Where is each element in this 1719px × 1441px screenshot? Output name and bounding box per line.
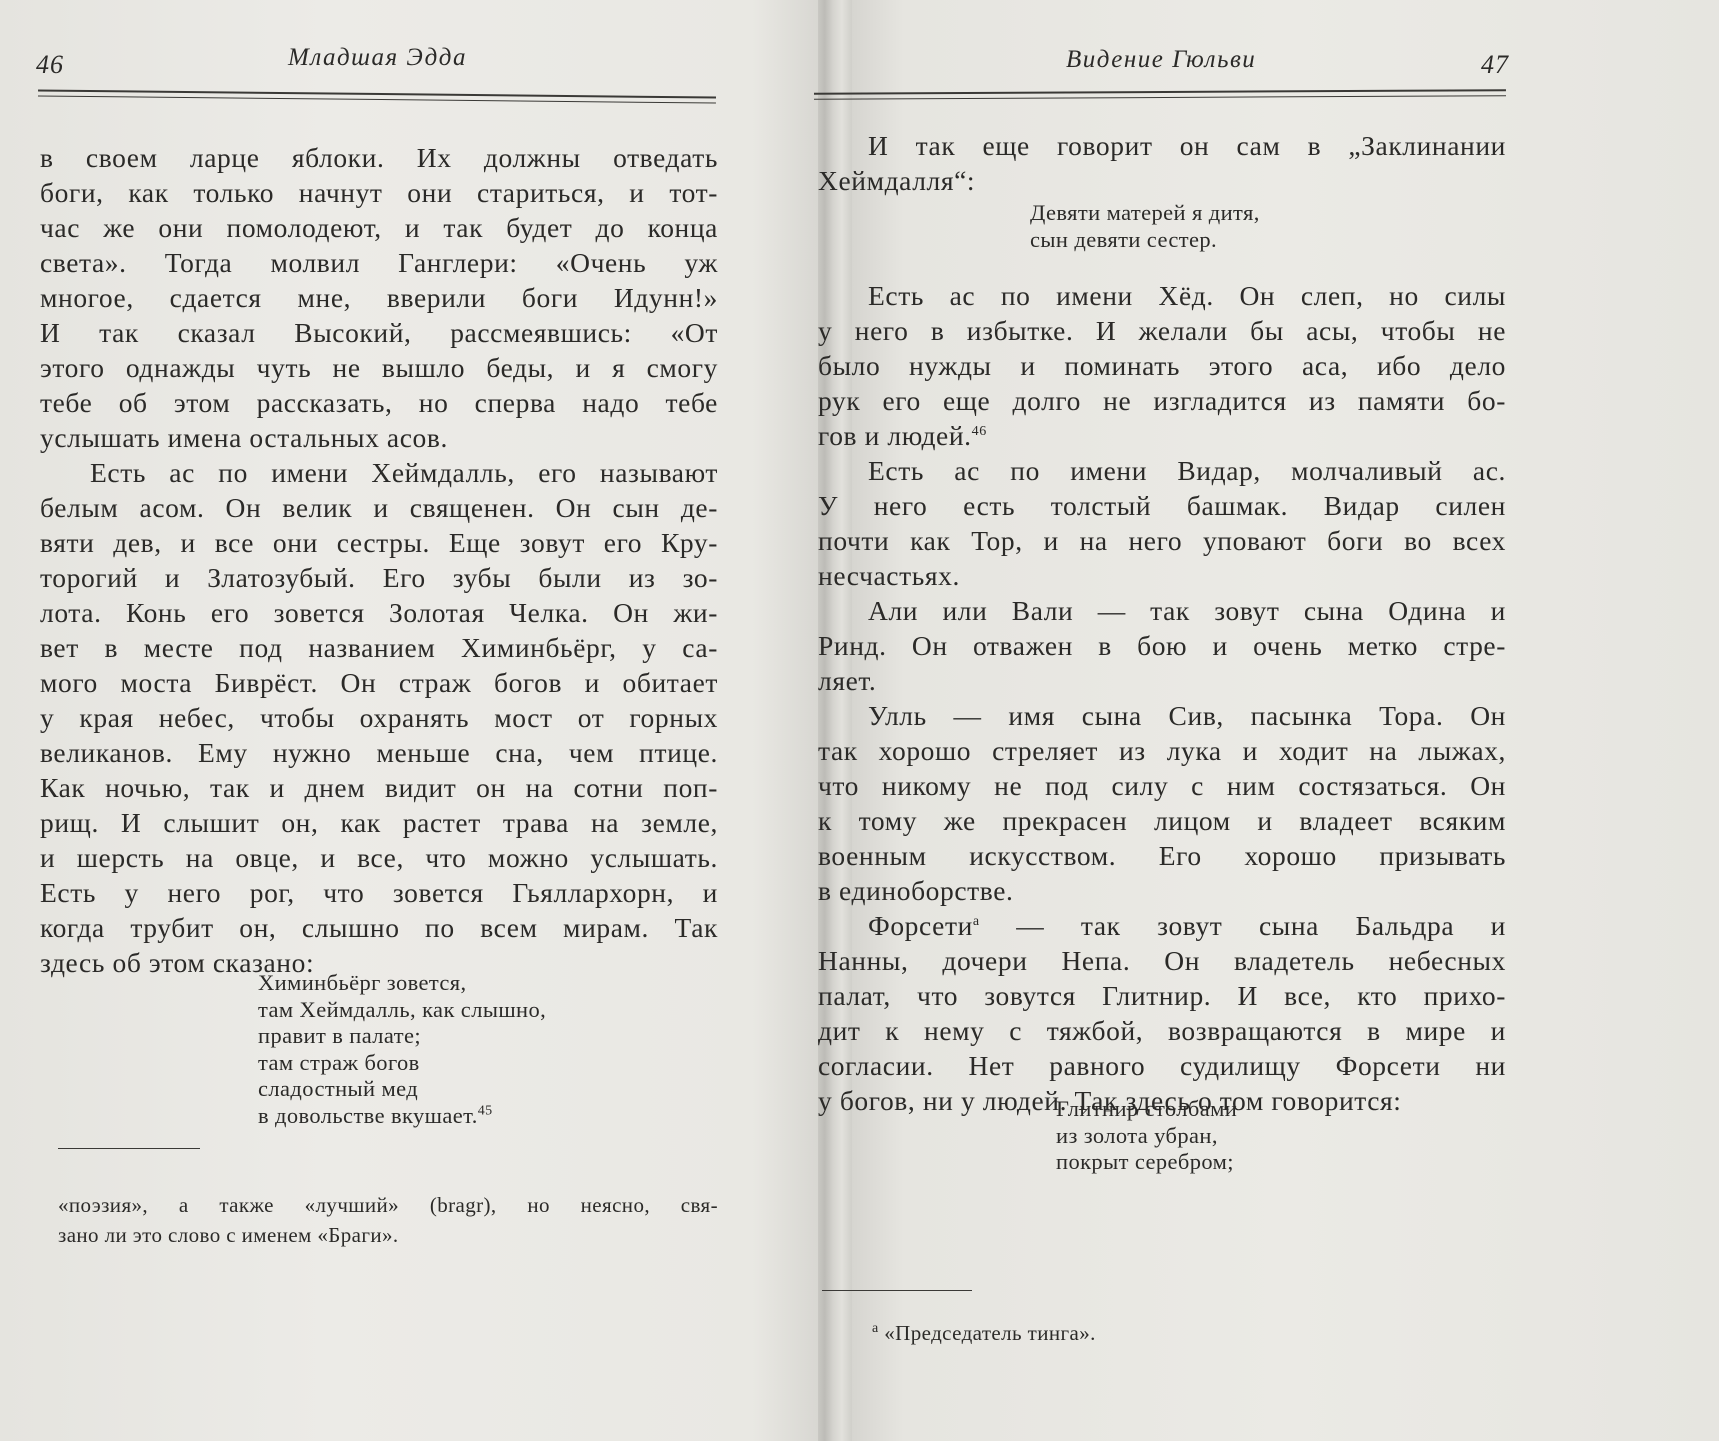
right-running-head: Видение Гюльви 47: [816, 44, 1676, 84]
text-line: так хорошо стреляет из лука и ходит на л…: [818, 733, 1506, 768]
text-line: в единоборстве.: [818, 873, 1506, 908]
verse-nine-mothers: Девяти матерей я дитя, сын девяти сестер…: [1030, 200, 1260, 253]
footnote-rule-left: [58, 1148, 200, 1149]
text-line: Есть ас по имени Видар, молчаливый ас.: [818, 453, 1506, 488]
text-line: и шерсть на овце, и все, что можно услыш…: [40, 840, 718, 875]
text-line: мого моста Биврёст. Он страж богов и оби…: [40, 665, 718, 700]
header-rule-left: [38, 89, 716, 103]
text-line: этого однажды чуть не вышло беды, и я см…: [40, 350, 718, 385]
text-line: вяти дев, и все они сестры. Еще зовут ег…: [40, 525, 718, 560]
text-line: палат, что зовутся Глитнир. И все, кто п…: [818, 978, 1506, 1013]
left-running-head: 46 Младшая Эдда: [36, 44, 716, 84]
text-line: согласии. Нет равного судилищу Форсети н…: [818, 1048, 1506, 1083]
paragraph-hod: Есть ас по имени Хёд. Он слеп, но силыу …: [818, 278, 1506, 453]
text-line: И так еще говорит он сам в „Заклинании: [818, 128, 1506, 163]
footnote-right: а «Председатель тинга».: [872, 1318, 1096, 1348]
text-line: услышать имена остальных асов.: [40, 420, 718, 455]
text-line: в своем ларце яблоки. Их должны отведать: [40, 140, 718, 175]
text-line: вет в месте под названием Химинбьёрг, у …: [40, 630, 718, 665]
right-body-text: И так еще говорит он сам в „ЗаклинанииХе…: [818, 128, 1506, 198]
text-line: Форсетиа — так зовут сына Бальдра и: [818, 908, 1506, 943]
text-line: Нанны, дочери Непа. Он владетель небесны…: [818, 943, 1506, 978]
page-number-right: 47: [1481, 50, 1509, 80]
paragraph-vidar: Есть ас по имени Видар, молчаливый ас.У …: [818, 453, 1506, 593]
text-line: Есть ас по имени Хёд. Он слеп, но силы: [818, 278, 1506, 313]
paragraph-heimdall: Есть ас по имени Хеймдалль, его называют…: [40, 455, 718, 980]
text-line: час же они помолодеют, и так будет до ко…: [40, 210, 718, 245]
text-line: торогий и Златозубый. Его зубы были из з…: [40, 560, 718, 595]
text-line: у края небес, чтобы охранять мост от гор…: [40, 700, 718, 735]
text-line: было нужды и поминать этого аса, ибо дел…: [818, 348, 1506, 383]
text-line: боги, как только начнут они стариться, и…: [40, 175, 718, 210]
text-line: лота. Конь его зовется Золотая Челка. Он…: [40, 595, 718, 630]
page-number-left: 46: [36, 50, 64, 80]
left-page: 46 Младшая Эдда в своем ларце яблоки. Их…: [0, 0, 818, 1441]
running-head-title-left: Младшая Эдда: [288, 44, 467, 72]
text-line: почти как Тор, и на него уповают боги во…: [818, 523, 1506, 558]
running-head-title-right: Видение Гюльви: [1066, 46, 1256, 74]
text-line: когда трубит он, слышно по всем мирам. Т…: [40, 910, 718, 945]
text-line: ляет.: [818, 663, 1506, 698]
footnote-ref-a[interactable]: а: [973, 914, 980, 929]
footnote-ref-45[interactable]: 45: [478, 1103, 493, 1118]
text-line: тебе об этом рассказать, но сперва надо …: [40, 385, 718, 420]
text-line: Улль — имя сына Сив, пасынка Тора. Он: [818, 698, 1506, 733]
text-line: военным искусством. Его хорошо призывать: [818, 838, 1506, 873]
verse-glitnir: Глитнир столбами из золота убран, покрыт…: [1056, 1096, 1237, 1176]
text-line: несчастьях.: [818, 558, 1506, 593]
text-line: гов и людей.46: [818, 418, 1506, 453]
paragraph-ull: Улль — имя сына Сив, пасынка Тора. Онтак…: [818, 698, 1506, 908]
text-line: У него есть толстый башмак. Видар силен: [818, 488, 1506, 523]
footnote-marker-a: а: [872, 1321, 879, 1336]
paragraph-forseti: Форсетиа — так зовут сына Бальдра иНанны…: [818, 908, 1506, 1118]
paragraph-vali: Али или Вали — так зовут сына Одина иРин…: [818, 593, 1506, 698]
footnote-ref[interactable]: 46: [972, 424, 987, 439]
text-line: дит к нему с тяжбой, возвращаются в мире…: [818, 1013, 1506, 1048]
text-line: великанов. Ему нужно меньше сна, чем пти…: [40, 735, 718, 770]
verse-himinbjorg: Химинбьёрг зовется, там Хеймдалль, как с…: [258, 970, 546, 1129]
footnote-rule-right: [822, 1290, 972, 1291]
text-line: многое, сдается мне, вверили боги Идунн!…: [40, 280, 718, 315]
text-line: Как ночью, так и днем видит он на сотни …: [40, 770, 718, 805]
text-line: рук его еще долго не изгладится из памят…: [818, 383, 1506, 418]
text-line: белым асом. Он велик и священен. Он сын …: [40, 490, 718, 525]
text-line: И так сказал Высокий, рассмеявшись: «От: [40, 315, 718, 350]
text-line: Али или Вали — так зовут сына Одина и: [818, 593, 1506, 628]
text-line: Ринд. Он отважен в бою и очень метко стр…: [818, 628, 1506, 663]
right-body-text-2: Есть ас по имени Хёд. Он слеп, но силыу …: [818, 278, 1506, 1118]
text-line: к тому же прекрасен лицом и владеет всяк…: [818, 803, 1506, 838]
footnote-left: «поэзия», а также «лучший» (bragr), но н…: [58, 1190, 718, 1250]
text-line: Хеймдалля“:: [818, 163, 1506, 198]
text-line: что никому не под силу с ним состязаться…: [818, 768, 1506, 803]
right-page: Видение Гюльви 47 И так еще говорит он с…: [852, 0, 1719, 1441]
left-body-text: в своем ларце яблоки. Их должны отведать…: [40, 140, 718, 980]
paragraph-continued: в своем ларце яблоки. Их должны отведать…: [40, 140, 718, 455]
text-line: рищ. И слышит он, как растет трава на зе…: [40, 805, 718, 840]
text-line: света». Тогда молвил Ганглери: «Очень уж: [40, 245, 718, 280]
text-line: у него в избытке. И желали бы асы, чтобы…: [818, 313, 1506, 348]
text-line: Есть у него рог, что зовется Гьяллархорн…: [40, 875, 718, 910]
text-line: Есть ас по имени Хеймдалль, его называют: [40, 455, 718, 490]
header-rule-right: [814, 89, 1506, 100]
paragraph-intro: И так еще говорит он сам в „ЗаклинанииХе…: [818, 128, 1506, 198]
